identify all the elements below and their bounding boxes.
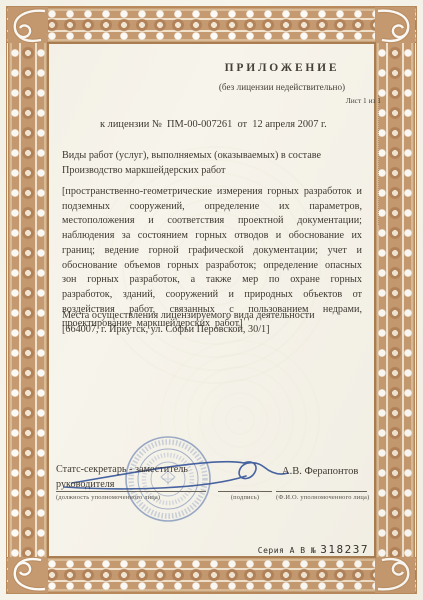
frame-band-bottom xyxy=(7,557,416,593)
signer-position: Статс-секретарь - заместитель руководите… xyxy=(56,463,188,492)
signature-underline xyxy=(218,491,272,492)
works-heading: Виды работ (услуг), выполняемых (оказыва… xyxy=(62,148,368,178)
works-heading-line1: Виды работ (услуг), выполняемых (оказыва… xyxy=(62,148,368,163)
series-number: Серия А В № 318237 xyxy=(258,543,369,556)
sheet-number-label: Лист 1 из 1 xyxy=(346,96,381,105)
frame-band-top xyxy=(7,7,416,43)
corner-flourish-icon xyxy=(375,7,415,43)
validity-note: (без лицензии недействительно) xyxy=(177,82,387,92)
places-heading: Места осуществления лицензируемого вида … xyxy=(62,310,315,321)
series-digits: 318237 xyxy=(320,543,369,556)
position-caption: (должность уполномоченного лица) xyxy=(56,494,160,501)
position-underline xyxy=(56,491,206,492)
frame-band-right xyxy=(375,43,415,557)
page-title: ПРИЛОЖЕНИЕ xyxy=(192,62,372,74)
corner-flourish-icon xyxy=(8,7,48,43)
corner-flourish-icon xyxy=(375,557,415,593)
frame-band-left xyxy=(8,43,48,557)
works-heading-line2: Производство маркшейдерских работ xyxy=(62,163,368,178)
license-annex-document: ПРИЛОЖЕНИЕ (без лицензии недействительно… xyxy=(0,0,423,600)
signer-position-line2: руководителя xyxy=(56,478,188,493)
signer-position-line1: Статс-секретарь - заместитель xyxy=(56,463,188,478)
name-caption: (Ф.И.О. уполномоченного лица) xyxy=(276,494,369,501)
corner-flourish-icon xyxy=(8,557,48,593)
signer-name: А.В. Ферапонтов xyxy=(282,466,358,477)
places-address: [664007, г. Иркутск, ул. Софьи Перовской… xyxy=(62,324,270,335)
name-underline xyxy=(276,491,367,492)
license-reference-line: к лицензии № ПМ-00-007261 от 12 апреля 2… xyxy=(100,119,327,130)
signature-caption: (подпись) xyxy=(218,494,272,501)
series-label: Серия А В № xyxy=(258,546,316,555)
